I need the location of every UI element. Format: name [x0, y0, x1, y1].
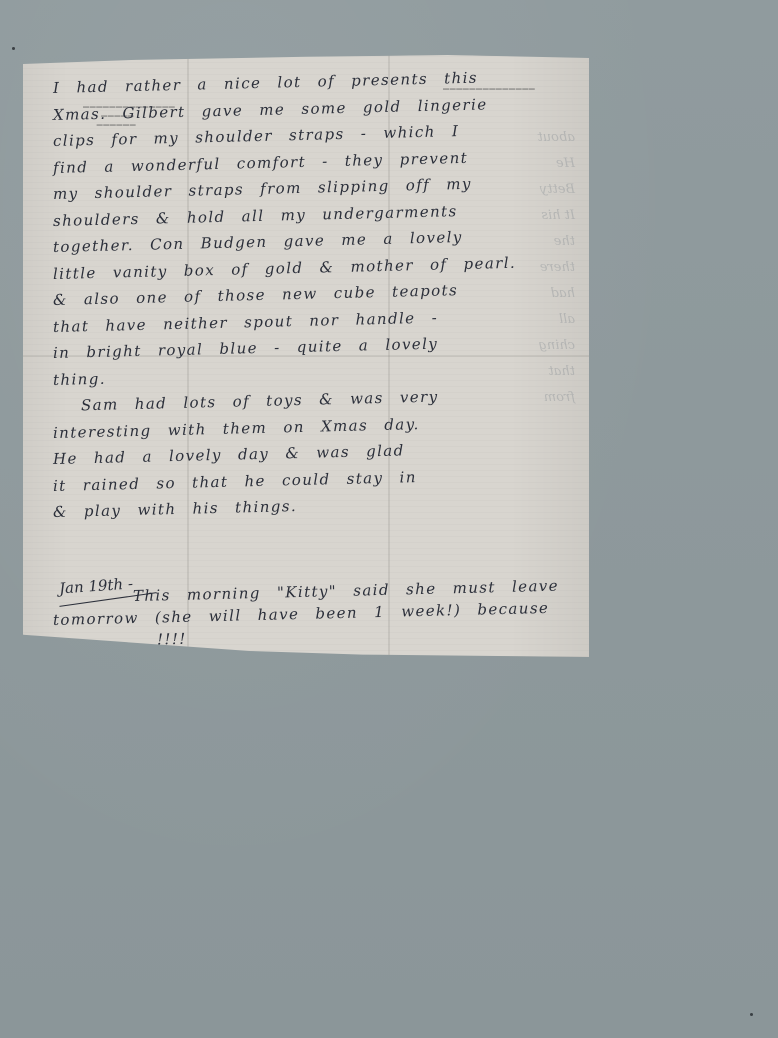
- letter-body: I had rather a nice lot of presents this…: [53, 75, 573, 526]
- dust-speck: [12, 47, 15, 50]
- dust-speck: [750, 1013, 753, 1016]
- letter-page: ▬▬▬▬▬▬▬▬▬▬▬▬▬▬ ▬▬▬▬▬ ▬▬▬▬▬▬ ▬▬▬▬▬▬▬▬▬▬▬▬…: [23, 55, 589, 657]
